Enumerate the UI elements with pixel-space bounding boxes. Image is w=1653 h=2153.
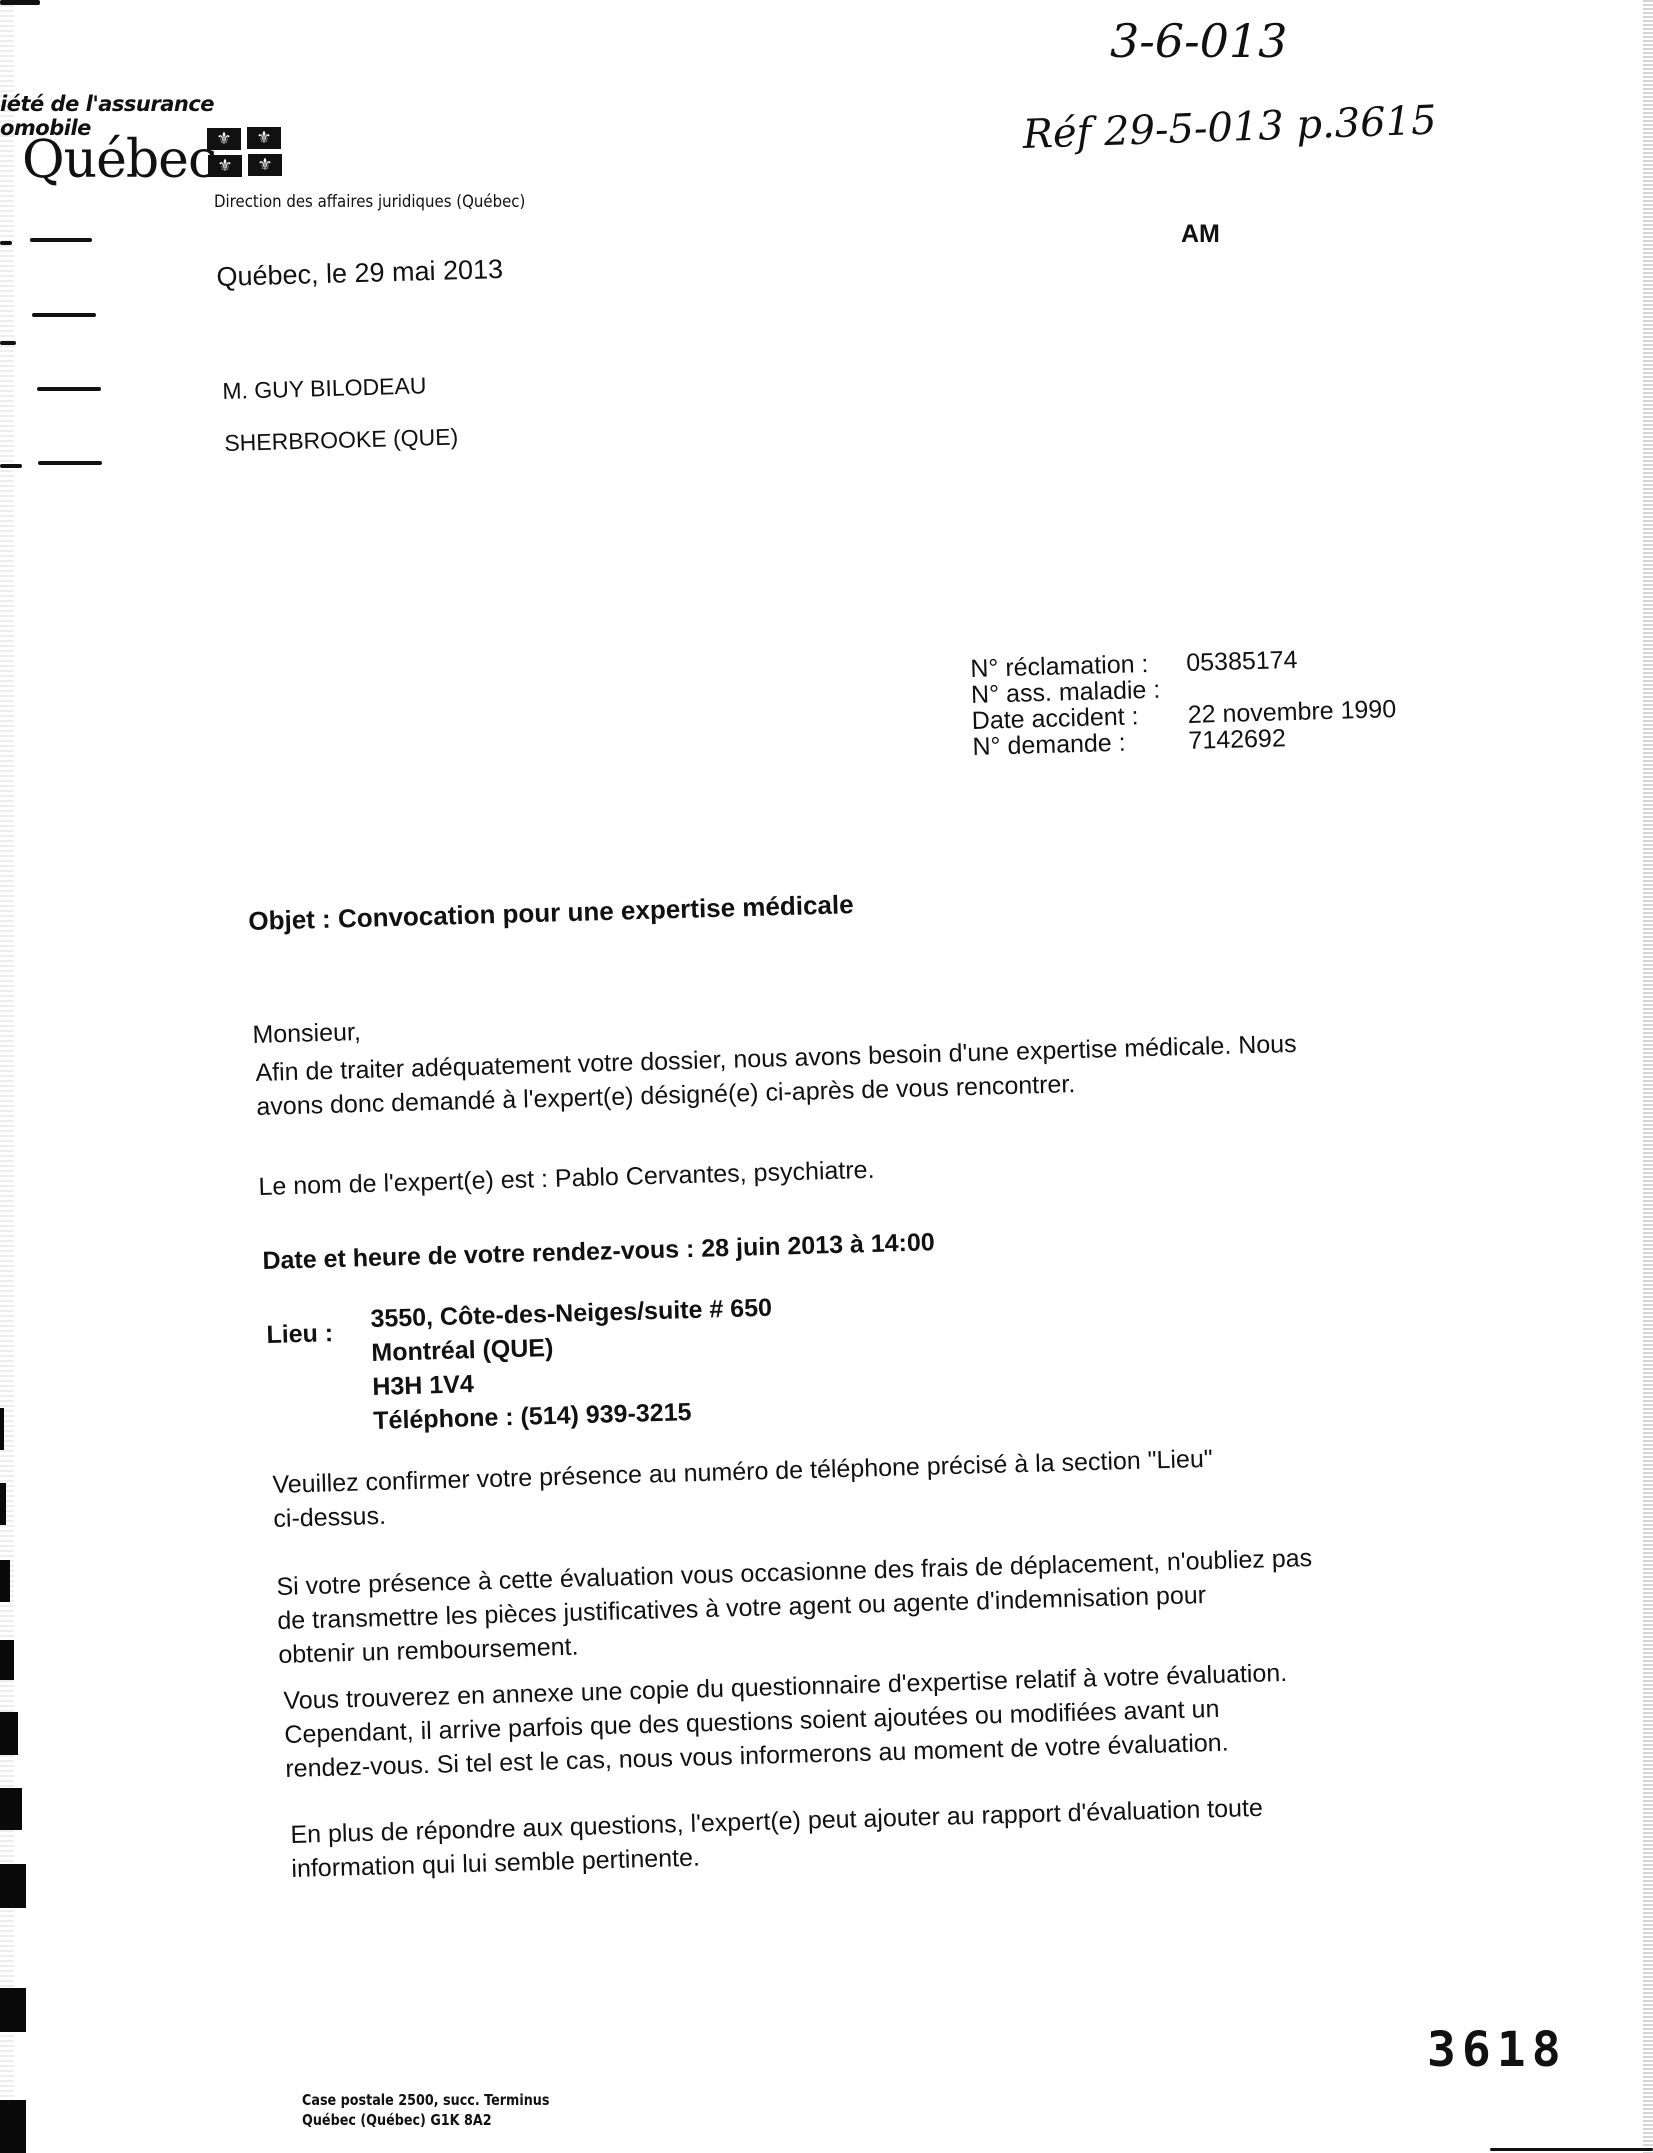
info-label: N° demande : [972, 728, 1189, 760]
paragraph-annex: Vous trouverez en annexe une copie du qu… [283, 1656, 1290, 1786]
scan-mark [0, 0, 40, 5]
scan-edge-left [0, 0, 14, 2153]
fleur-de-lis-icon: ⚜ [247, 127, 281, 149]
footer-line: Québec (Québec) G1K 8A2 [302, 2110, 549, 2130]
scan-block [0, 1788, 22, 1830]
scan-block [0, 1408, 4, 1450]
footer-line: Case postale 2500, succ. Terminus [302, 2090, 549, 2110]
department-name: Direction des affaires juridiques (Québe… [214, 192, 525, 212]
paragraph-confirm: Veuillez confirmer votre présence au num… [272, 1442, 1214, 1536]
initials: AM [1181, 220, 1220, 249]
fleur-de-lis-icon: ⚜ [248, 154, 282, 176]
margin-tick [32, 313, 96, 317]
paragraph-fees: Si votre présence à cette évaluation vou… [276, 1541, 1314, 1672]
scan-block [0, 2100, 26, 2153]
footer-address: Case postale 2500, succ. Terminus Québec… [302, 2090, 549, 2130]
recipient-name: M. GUY BILODEAU [222, 372, 427, 405]
salutation: Monsieur, [252, 1015, 361, 1052]
file-info-block: N° réclamation : 05385174 N° ass. maladi… [970, 644, 1397, 760]
quebec-logo-wordmark: Québec [22, 130, 216, 190]
place-date: Québec, le 29 mai 2013 [216, 252, 504, 294]
appointment-datetime: Date et heure de votre rendez-vous : 28 … [262, 1225, 935, 1278]
info-value: 7142692 [1188, 725, 1286, 754]
location-address: 3550, Côte-des-Neiges/suite # 650 Montré… [370, 1291, 775, 1438]
scan-block [0, 1640, 14, 1680]
margin-tick [0, 241, 12, 245]
margin-tick [30, 238, 92, 242]
scan-block [0, 1988, 26, 2032]
org-name-line1: iété de l'assurance [0, 92, 214, 116]
handwritten-reference: Réf 29-5-013 p.3615 [1022, 98, 1437, 158]
scan-block [0, 1712, 18, 1755]
margin-tick [0, 341, 16, 345]
paragraph-intro: Afin de traiter adéquatement votre dossi… [255, 1027, 1298, 1124]
page-number-stamp: 3618 [1427, 2022, 1567, 2078]
scan-block [0, 1864, 26, 1908]
subject-line: Objet : Convocation pour une expertise m… [248, 889, 854, 937]
info-value: 22 novembre 1990 [1187, 696, 1396, 728]
scan-block [0, 1560, 10, 1602]
info-value: 05385174 [1186, 647, 1298, 676]
expert-name-line: Le nom de l'expert(e) est : Pablo Cervan… [258, 1153, 875, 1204]
scan-edge-right [1643, 0, 1653, 2153]
scan-block [0, 1483, 6, 1525]
scan-mark [1490, 2148, 1653, 2151]
margin-tick [0, 464, 22, 468]
fleur-de-lis-icon: ⚜ [207, 128, 241, 150]
margin-tick [37, 387, 101, 391]
margin-tick [38, 461, 102, 465]
recipient-city: SHERBROOKE (QUE) [224, 423, 459, 457]
location-label: Lieu : [266, 1316, 334, 1352]
handwritten-date: 3-6-013 [1110, 14, 1287, 68]
paragraph-extra: En plus de répondre aux questions, l'exp… [290, 1791, 1264, 1886]
fleur-de-lis-icon: ⚜ [208, 155, 242, 177]
